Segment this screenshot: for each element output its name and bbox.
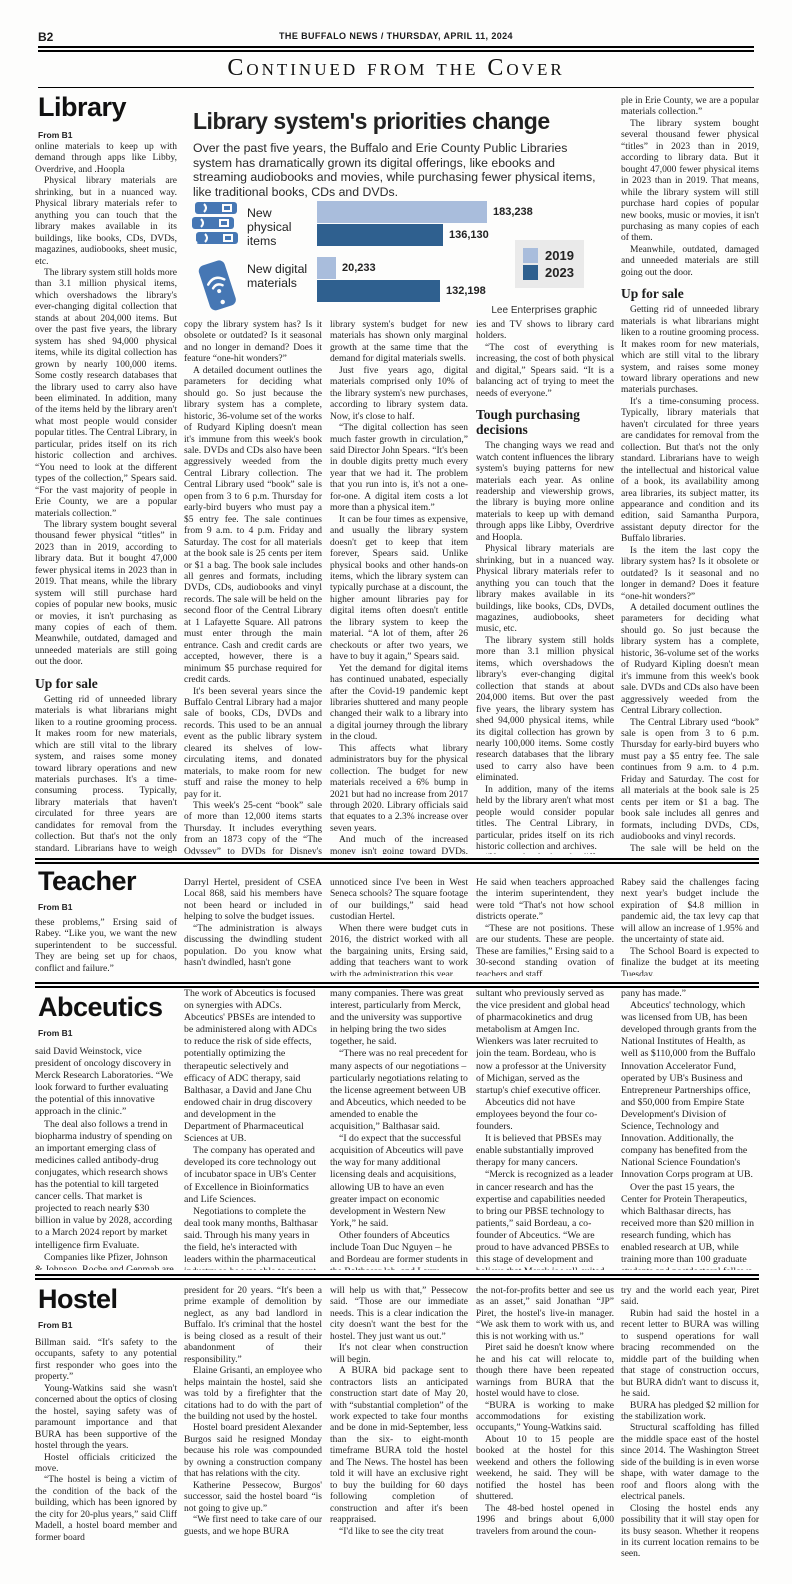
hostel-column-5: try and the world each year, Piret said.… bbox=[621, 1286, 759, 1576]
paragraph: Hostel officials criticized the move. bbox=[35, 1453, 177, 1476]
paragraph: “I'd like to see the city treat bbox=[330, 1527, 468, 1538]
paragraph: Closing the hostel ends any possibility … bbox=[621, 1504, 759, 1561]
bar-value-label: 132,198 bbox=[446, 285, 486, 297]
paragraph: It's been several years since the Buffal… bbox=[184, 687, 322, 802]
paragraph: online materials to keep up with demand … bbox=[35, 142, 177, 176]
paragraph: “BURA is working to make accommodations … bbox=[476, 1401, 614, 1435]
paragraph: Physical library materials are shrinking… bbox=[35, 176, 177, 268]
bar-line: 132,198 bbox=[317, 279, 486, 302]
bar-line: 183,238 bbox=[317, 200, 533, 223]
paragraph: “The cost of everything is increasing, t… bbox=[476, 343, 614, 400]
library-headline: Library bbox=[38, 92, 126, 123]
library-continued-from: From B1 bbox=[38, 130, 72, 140]
paragraph: The School Board is expected to finalize… bbox=[621, 947, 759, 976]
paragraph: Darryl Hertel, president of CSEA Local 8… bbox=[184, 878, 322, 924]
bar-line: 136,130 bbox=[317, 223, 533, 246]
paragraph: The Central Library used “book” sale is … bbox=[621, 718, 759, 844]
paragraph: Yet the demand for digital items has con… bbox=[330, 664, 468, 744]
paragraph: these problems,” Ersing said of Rabey. “… bbox=[35, 918, 177, 975]
paragraph: Getting rid of unneeded library material… bbox=[621, 305, 759, 397]
paragraph: And much of the increased money isn't go… bbox=[330, 835, 468, 854]
library-column-4: ies and TV shows to library card holders… bbox=[476, 320, 614, 854]
bar-2023 bbox=[317, 280, 440, 302]
abceutics-column-5: pany has made.”Abceutics' technology, wh… bbox=[621, 988, 759, 1270]
paragraph: Negotiations to complete the deal took m… bbox=[184, 1206, 322, 1270]
paragraph: Getting rid of unneeded library material… bbox=[35, 695, 177, 854]
paragraph: Other founders of Abceutics include Toan… bbox=[330, 1230, 468, 1270]
library-column-3: library system's budget for new material… bbox=[330, 320, 468, 854]
hostel-continued-from: From B1 bbox=[38, 1320, 72, 1330]
chart-category-label: New physical items bbox=[247, 206, 319, 248]
hostel-column-2: president for 20 years. “It's been a pri… bbox=[184, 1286, 322, 1576]
paragraph: “You need to look at the different types… bbox=[476, 853, 614, 854]
chart-subtitle: Over the past five years, the Buffalo an… bbox=[193, 141, 599, 199]
paragraph: library system's budget for new material… bbox=[330, 320, 468, 366]
legend-item-2019: 2019 bbox=[523, 248, 574, 263]
header-double-rule bbox=[38, 46, 754, 52]
paragraph: “These are not positions. These are our … bbox=[476, 924, 614, 976]
teacher-column-2: Darryl Hertel, president of CSEA Local 8… bbox=[184, 878, 322, 976]
legend-label: 2023 bbox=[545, 265, 574, 280]
subheading: Up for sale bbox=[621, 286, 759, 301]
paragraph: Elaine Grisanti, an employee who helps m… bbox=[184, 1366, 322, 1423]
legend-item-2023: 2023 bbox=[523, 265, 574, 280]
hostel-column-4: the not-for-profits better and see us as… bbox=[476, 1286, 614, 1576]
paragraph: “The administration is always discussing… bbox=[184, 924, 322, 970]
paragraph: “The hostel is being a victim of the con… bbox=[35, 1475, 177, 1544]
abceutics-continued-from: From B1 bbox=[38, 1028, 72, 1038]
bar-value-label: 20,233 bbox=[342, 262, 376, 274]
paragraph: It's a time-consuming process. Typically… bbox=[621, 397, 759, 546]
subheading: Tough purchasing decisions bbox=[476, 407, 614, 437]
paragraph: It is believed that PBSEs may enable sub… bbox=[476, 1133, 614, 1169]
paragraph: A detailed document outlines the paramet… bbox=[621, 603, 759, 718]
paragraph: “Merck is recognized as a leader in canc… bbox=[476, 1169, 614, 1270]
paragraph: The library system bought several thousa… bbox=[35, 520, 177, 669]
teacher-column-4: He said when teachers approached the int… bbox=[476, 878, 614, 976]
books-icon bbox=[191, 200, 241, 253]
abceutics-column-3: many companies. There was great interest… bbox=[330, 988, 468, 1270]
paragraph: The library system still holds more than… bbox=[476, 636, 614, 785]
paragraph: The company has operated and developed i… bbox=[184, 1145, 322, 1205]
teacher-column-3: unnoticed since I've been in West Seneca… bbox=[330, 878, 468, 976]
chart-bars-physical: 183,238136,130 bbox=[317, 200, 533, 246]
paragraph: “We first need to take care of our guest… bbox=[184, 1515, 322, 1538]
paragraph: Companies like Pfizer, Johnson & Johnson… bbox=[35, 1252, 177, 1270]
paragraph: Piret said he doesn't know where he and … bbox=[476, 1343, 614, 1400]
paragraph: Abceutics' technology, which was license… bbox=[621, 1000, 759, 1181]
paragraph: The work of Abceutics is focused on syne… bbox=[184, 988, 322, 1145]
paragraph: Billman said. “It's safety to the occupa… bbox=[35, 1338, 177, 1384]
paragraph: ple in Erie County, we are a popular mat… bbox=[621, 96, 759, 119]
paragraph: “I do expect that the successful acquisi… bbox=[330, 1133, 468, 1230]
paragraph: pany has made.” bbox=[621, 988, 759, 1000]
paragraph: copy the library system has? Is it obsol… bbox=[184, 320, 322, 366]
paragraph: BURA has pledged $2 million for the stab… bbox=[621, 1401, 759, 1424]
paragraph: It's not clear when construction will be… bbox=[330, 1343, 468, 1366]
legend-label: 2019 bbox=[545, 248, 574, 263]
paragraph: The library system bought several thousa… bbox=[621, 119, 759, 245]
paragraph: Young-Watkins said she wasn't concerned … bbox=[35, 1384, 177, 1453]
paragraph: Katherine Pessecow, Burgos' successor, s… bbox=[184, 1481, 322, 1515]
library-column-1: online materials to keep up with demand … bbox=[35, 142, 177, 854]
paragraph: Physical library materials are shrinking… bbox=[476, 544, 614, 636]
paragraph: The changing ways we read and watch cont… bbox=[476, 441, 614, 544]
banner-rule bbox=[38, 87, 754, 88]
paragraph: Hostel board president Alexander Burgos … bbox=[184, 1423, 322, 1480]
continued-banner: Continued from the Cover bbox=[0, 55, 792, 82]
paragraph: He said when teachers approached the int… bbox=[476, 878, 614, 924]
paragraph: Abceutics did not have employees beyond … bbox=[476, 1097, 614, 1133]
paragraph: “The digital collection has seen much fa… bbox=[330, 423, 468, 515]
paragraph: When there were budget cuts in 2016, the… bbox=[330, 924, 468, 976]
paragraph: The library system still holds more than… bbox=[35, 268, 177, 520]
paragraph: It can be four times as expensive, and u… bbox=[330, 515, 468, 664]
paragraph: In addition, many of the items held by t… bbox=[476, 785, 614, 854]
bar-2019 bbox=[317, 201, 487, 223]
paragraph: sultant who previously served as the vic… bbox=[476, 988, 614, 1097]
legend-swatch-2023 bbox=[523, 265, 538, 280]
hostel-headline: Hostel bbox=[38, 1284, 118, 1315]
paragraph: The 48-bed hostel opened in 1996 and bri… bbox=[476, 1504, 614, 1538]
paragraph: Just five years ago, digital materials c… bbox=[330, 366, 468, 423]
newspaper-page: B2 THE BUFFALO NEWS / THURSDAY, APRIL 11… bbox=[0, 0, 792, 1584]
paragraph: the not-for-profits better and see us as… bbox=[476, 1286, 614, 1343]
smartphone-wifi-icon bbox=[191, 258, 243, 319]
abceutics-column-2: The work of Abceutics is focused on syne… bbox=[184, 988, 322, 1270]
bar-value-label: 183,238 bbox=[493, 206, 533, 218]
paragraph: many companies. There was great interest… bbox=[330, 988, 468, 1048]
paragraph: About 10 to 15 people are booked at the … bbox=[476, 1435, 614, 1504]
paragraph: Meanwhile, outdated, damaged and unneede… bbox=[621, 245, 759, 279]
paragraph: said David Weinstock, vice president of … bbox=[35, 1046, 177, 1119]
paragraph: Structural scaffolding has filled the mi… bbox=[621, 1423, 759, 1503]
chart-credit: Lee Enterprises graphic bbox=[491, 305, 597, 316]
hostel-column-3: will help us with that,” Pessecow said. … bbox=[330, 1286, 468, 1576]
bar-line: 20,233 bbox=[317, 256, 486, 279]
paragraph: The sale will be held on the second floo… bbox=[621, 844, 759, 854]
legend-swatch-2019 bbox=[523, 248, 538, 263]
teacher-column-1: these problems,” Ersing said of Rabey. “… bbox=[35, 918, 177, 978]
library-chart: Library system's priorities change Over … bbox=[183, 104, 603, 316]
subheading: Up for sale bbox=[35, 676, 177, 691]
chart-legend: 2019 2023 bbox=[515, 240, 584, 288]
abceutics-column-4: sultant who previously served as the vic… bbox=[476, 988, 614, 1270]
paragraph: Rubin had said the hostel in a recent le… bbox=[621, 1309, 759, 1401]
teacher-column-5: Rabey said the challenges facing next ye… bbox=[621, 878, 759, 976]
paragraph: try and the world each year, Piret said. bbox=[621, 1286, 759, 1309]
paragraph: This affects what library administrators… bbox=[330, 744, 468, 836]
section-rule-teacher bbox=[35, 858, 759, 864]
chart-bars-digital: 20,233132,198 bbox=[317, 256, 486, 302]
paragraph: A BURA bid package sent to contractors l… bbox=[330, 1366, 468, 1526]
bar-value-label: 136,130 bbox=[449, 229, 489, 241]
hostel-column-1: Billman said. “It's safety to the occupa… bbox=[35, 1338, 177, 1568]
paragraph: Is the item the last copy the library sy… bbox=[621, 546, 759, 603]
abceutics-headline: Abceutics bbox=[38, 992, 163, 1023]
abceutics-column-1: said David Weinstock, vice president of … bbox=[35, 1046, 177, 1270]
section-rule-hostel bbox=[35, 1274, 759, 1280]
paragraph: unnoticed since I've been in West Seneca… bbox=[330, 878, 468, 924]
library-column-2: copy the library system has? Is it obsol… bbox=[184, 320, 322, 854]
bar-2023 bbox=[317, 224, 443, 246]
paragraph: “There was no real precedent for many as… bbox=[330, 1048, 468, 1133]
chart-title: Library system's priorities change bbox=[193, 108, 603, 135]
masthead: THE BUFFALO NEWS / THURSDAY, APRIL 11, 2… bbox=[0, 31, 792, 41]
teacher-headline: Teacher bbox=[38, 866, 136, 897]
paragraph: Over the past 15 years, the Center for P… bbox=[621, 1182, 759, 1271]
library-column-5: ple in Erie County, we are a popular mat… bbox=[621, 96, 759, 854]
chart-category-label: New digital materials bbox=[247, 262, 319, 290]
paragraph: will help us with that,” Pessecow said. … bbox=[330, 1286, 468, 1343]
teacher-continued-from: From B1 bbox=[38, 902, 72, 912]
paragraph: ies and TV shows to library card holders… bbox=[476, 320, 614, 343]
paragraph: The deal also follows a trend in biophar… bbox=[35, 1119, 177, 1252]
paragraph: Rabey said the challenges facing next ye… bbox=[621, 878, 759, 947]
paragraph: president for 20 years. “It's been a pri… bbox=[184, 1286, 322, 1366]
paragraph: This week's 25-cent “book” sale of more … bbox=[184, 801, 322, 854]
paragraph: A detailed document outlines the paramet… bbox=[184, 366, 322, 687]
bar-2019 bbox=[317, 257, 336, 279]
